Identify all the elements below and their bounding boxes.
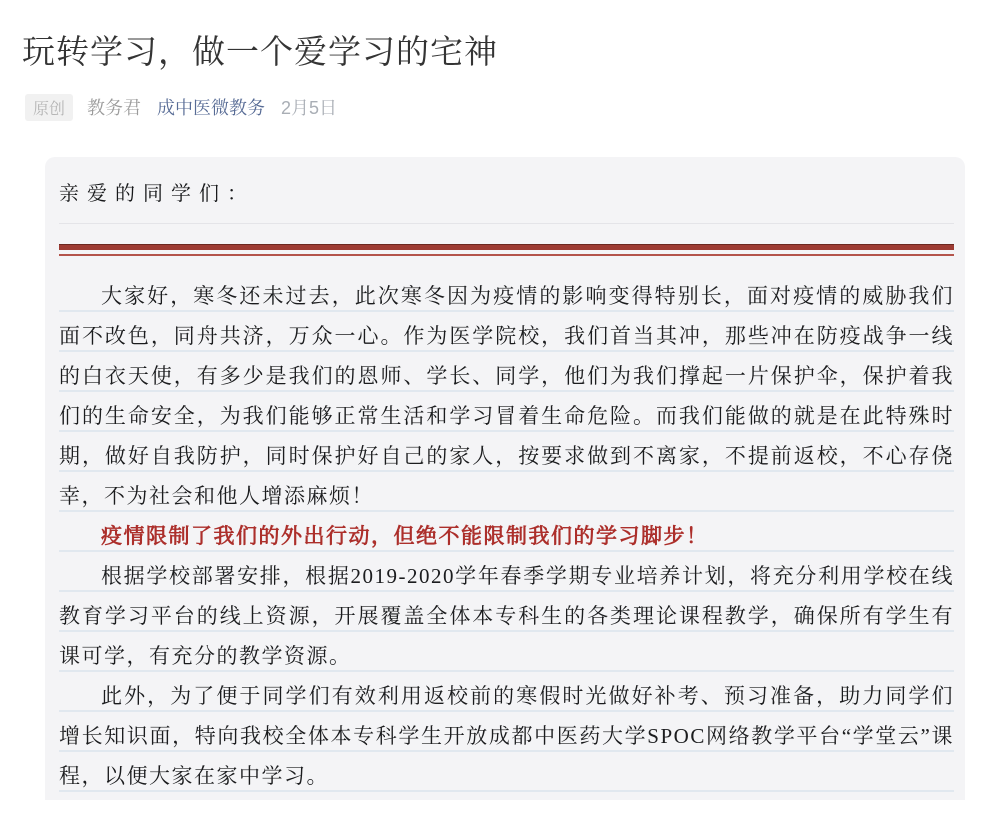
rule-thick-line <box>59 244 954 250</box>
letter-body: 大家好，寒冬还未过去，此次寒冬因为疫情的影响变得特别长，面对疫情的威胁我们面不改… <box>59 276 954 796</box>
account-link[interactable]: 成中医微教务 <box>157 94 265 120</box>
original-badge: 原创 <box>25 94 73 121</box>
article-meta: 原创 教务君 成中医微教务 2月5日 <box>25 94 970 121</box>
letter-paragraph: 大家好，寒冬还未过去，此次寒冬因为疫情的影响变得特别长，面对疫情的威胁我们面不改… <box>59 276 954 516</box>
letter-greeting: 亲爱的同学们： <box>59 179 954 224</box>
rule-thin-line <box>59 254 954 256</box>
letter-card: 亲爱的同学们： 大家好，寒冬还未过去，此次寒冬因为疫情的影响变得特别长，面对疫情… <box>45 157 965 800</box>
decorative-double-rule <box>59 244 954 256</box>
letter-paragraph-highlight: 疫情限制了我们的外出行动，但绝不能限制我们的学习脚步！ <box>59 516 954 556</box>
article-title: 玩转学习，做一个爱学习的宅神 <box>22 33 970 71</box>
letter-paragraph: 此外，为了便于同学们有效利用返校前的寒假时光做好补考、预习准备，助力同学们增长知… <box>59 676 954 796</box>
author-name: 教务君 <box>87 94 141 120</box>
article-header: 玩转学习，做一个爱学习的宅神 原创 教务君 成中医微教务 2月5日 <box>0 0 1000 121</box>
publish-date: 2月5日 <box>281 94 337 120</box>
letter-paragraph: 根据学校部署安排，根据2019-2020学年春季学期专业培养计划，将充分利用学校… <box>59 556 954 676</box>
